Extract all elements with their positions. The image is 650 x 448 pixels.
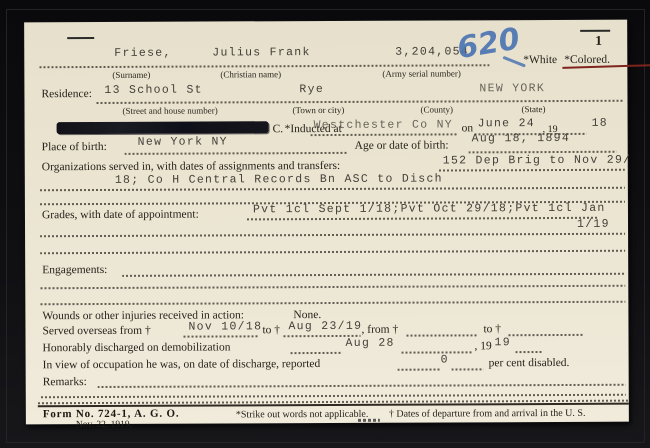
race-white-label: *White <box>523 54 557 66</box>
redaction-bar <box>57 121 269 134</box>
county-field-label: (County) <box>420 105 453 114</box>
print-code-smudge <box>358 419 380 422</box>
disability-label: In view of occupation he was, on date of… <box>43 358 321 371</box>
place-of-birth-rule <box>125 152 347 155</box>
disability-value: 0 <box>441 354 449 366</box>
birth-date-value: Aug 18, 1894 <box>472 133 570 145</box>
inducted-place-value: Westchester Co NY <box>314 119 453 132</box>
engagements-label: Engagements: <box>42 264 107 276</box>
overseas-to1-value: Aug 23/19 <box>288 321 362 333</box>
overseas-from1-value: Nov 10/18 <box>188 321 262 333</box>
overseas-to2-rule <box>508 334 584 336</box>
grades-line2-value: 1/19 <box>577 219 610 231</box>
strike-out-note: *Strike out words not applicable. <box>236 409 369 422</box>
discharge-year-prefix: , 19 <box>475 340 492 352</box>
organizations-label: Organizations served in, with dates of a… <box>42 160 340 173</box>
age-label: Age or date of birth: <box>355 139 449 151</box>
discharge-rule-2 <box>402 351 472 353</box>
organizations-line2-rule <box>40 187 625 192</box>
discharge-year-value: 19 <box>495 337 511 349</box>
serial-field-label: (Army serial number) <box>382 69 461 78</box>
race-colored-label-struck: *Colored. <box>564 51 650 66</box>
overseas-from1-rule <box>183 335 257 337</box>
form-date: Nov. 22, 1919. <box>76 419 132 431</box>
grades-rule <box>247 217 599 221</box>
grades-label: Grades, with date of appointment: <box>42 209 199 222</box>
christian-field-label: (Christian name) <box>220 70 281 79</box>
residence-state-value: NEW YORK <box>479 83 545 95</box>
residence-town-value: Rye <box>299 84 324 96</box>
discharge-rule-1 <box>291 352 343 354</box>
surname-field-label: (Surname) <box>112 71 150 80</box>
scanned-record-photo: 1 Friese, Julius Frank 3,204,054 620 *Wh… <box>0 0 650 448</box>
overseas-to2-label: to † <box>483 323 501 335</box>
grades-blank-rule-2 <box>40 250 625 255</box>
organizations-line1-rule <box>439 169 625 172</box>
place-of-birth-label: Place of birth: <box>42 141 107 153</box>
page-number: 1 <box>595 35 602 47</box>
state-field-label: (State) <box>521 105 545 114</box>
service-record-card: 1 Friese, Julius Frank 3,204,054 620 *Wh… <box>24 20 629 425</box>
overseas-to1-label: to † <box>262 324 280 336</box>
disability-rule-1 <box>398 369 440 371</box>
christian-name-value: Julius Frank <box>212 47 310 59</box>
overseas-from2-rule <box>406 334 476 336</box>
organizations-line2-value: 18; Co H Central Records Bn ASC to Disch <box>115 173 443 186</box>
organizations-line1-value: 152 Dep Brig to Nov 29/ <box>443 155 632 168</box>
disability-suffix: per cent disabled. <box>489 357 570 369</box>
engagements-rule-1 <box>122 273 625 277</box>
discharge-label: Honorably discharged on demobilization <box>43 341 231 354</box>
inducted-date-value: June 24 <box>478 118 535 130</box>
redacted-suffix: C. <box>273 123 284 135</box>
engagements-rule-3 <box>40 301 625 306</box>
remarks-label: Remarks: <box>43 376 87 388</box>
discharge-rule-3 <box>516 351 543 353</box>
town-field-label: (Town or city) <box>292 106 344 115</box>
residence-street-value: 13 School St <box>104 85 202 97</box>
remarks-rule-1 <box>98 384 626 388</box>
page-number-overbar <box>580 30 610 32</box>
pencil-dash-mark <box>67 37 94 39</box>
disability-rule-2 <box>452 368 484 370</box>
dagger-note: † Dates of departure from and arrival in… <box>389 408 586 421</box>
street-field-label: (Street and house number) <box>122 106 217 115</box>
overseas-from2-label: , from † <box>361 324 398 336</box>
remarks-rule-2 <box>41 394 626 399</box>
residence-label: Residence: <box>41 88 92 100</box>
grades-line1-value: Pvt 1cl Sept 1/18;Pvt Oct 29/18;Pvt 1cl … <box>253 203 606 217</box>
surname-value: Friese, <box>114 48 171 60</box>
inducted-year-value: 18 <box>592 118 608 130</box>
place-of-birth-value: New York NY <box>138 136 228 148</box>
discharge-date-value: Aug 28 <box>346 338 395 350</box>
inducted-place-rule <box>311 133 457 136</box>
grades-blank-rule-1 <box>40 233 625 238</box>
overseas-label: Served overseas from † <box>42 325 150 337</box>
engagements-rule-2 <box>40 285 625 290</box>
